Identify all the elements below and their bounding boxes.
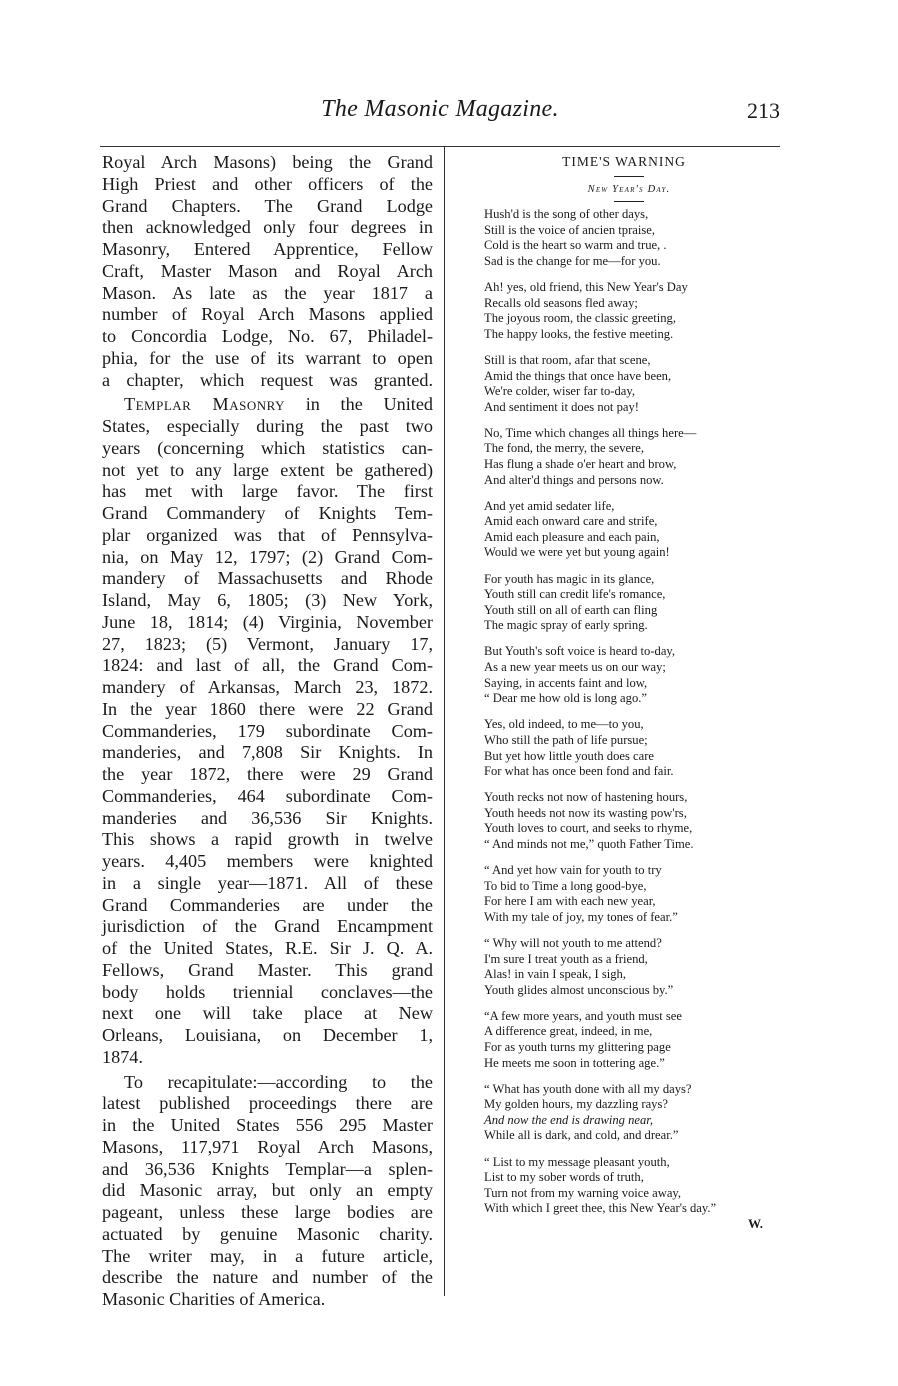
text-line: mandery of Massachusetts and Rhode (102, 568, 433, 590)
text-line: pageant, unless these large bodies are (102, 1202, 433, 1224)
verse-line: Youth still on all of earth can fling (484, 603, 784, 619)
text-line: and 36,536 Knights Templar—a splen- (102, 1159, 433, 1181)
poem-title: TIME'S WARNING (474, 154, 774, 170)
text-line: in the United States 556 295 Master (102, 1115, 433, 1137)
article-paragraph-recapitulation: To recapitulate:—according to the latest… (102, 1072, 433, 1311)
verse-line: As a new year meets us on our way; (484, 660, 784, 676)
text-line: To recapitulate:—according to the (102, 1072, 433, 1094)
text-line: then acknowledged only four degrees in (102, 217, 433, 239)
text-line: latest published proceedings there are (102, 1093, 433, 1115)
verse-line: “ List to my message pleasant youth, (484, 1155, 784, 1171)
verse-line: “ Dear me how old is long ago.” (484, 691, 784, 707)
text-line: has met with large favor. The first (102, 481, 433, 503)
page-number: 213 (747, 98, 780, 124)
stanza: Hush'd is the song of other days, Still … (484, 207, 784, 269)
verse-line: Youth loves to court, and seeks to rhyme… (484, 821, 784, 837)
verse-line: Sad is the change for me—for you. (484, 254, 784, 270)
text-line: Masonry, Entered Apprentice, Fellow (102, 239, 433, 261)
verse-line: Recalls old seasons fled away; (484, 296, 784, 312)
verse-line: My golden hours, my dazzling rays? (484, 1097, 784, 1113)
text-line: jurisdiction of the Grand Encampment (102, 916, 433, 938)
verse-line: While all is dark, and cold, and drear.” (484, 1128, 784, 1144)
stanza: “ What has youth done with all my days? … (484, 1082, 784, 1144)
verse-line: Hush'd is the song of other days, (484, 207, 784, 223)
verse-line-italic: And now the end is drawing near, (484, 1113, 784, 1129)
verse-line: “ Why will not youth to me attend? (484, 936, 784, 952)
text-line: did Masonic array, but only an empty (102, 1180, 433, 1202)
verse-line: And alter'd things and persons now. (484, 473, 784, 489)
text-line: Royal Arch Masons) being the Grand (102, 152, 433, 174)
stanza: Youth recks not now of hastening hours, … (484, 790, 784, 852)
stanza: “ And yet how vain for youth to try To b… (484, 863, 784, 925)
article-paragraph-templar-masonry: Templar Masonry in the United States, es… (102, 394, 433, 1068)
verse-line: Still is that room, afar that scene, (484, 353, 784, 369)
verse-line: Amid each onward care and strife, (484, 514, 784, 530)
verse-line: The joyous room, the classic greeting, (484, 311, 784, 327)
verse-line: I'm sure I treat youth as a friend, (484, 952, 784, 968)
verse-line: Amid the things that once have been, (484, 369, 784, 385)
text-line: In the year 1860 there were 22 Grand (102, 699, 433, 721)
stanza: But Youth's soft voice is heard to-day, … (484, 644, 784, 706)
running-title: The Masonic Magazine. (100, 96, 780, 123)
text-line: States, especially during the past two (102, 416, 433, 438)
stanza: “ List to my message pleasant youth, Lis… (484, 1155, 784, 1217)
text-line: High Priest and other officers of the (102, 174, 433, 196)
text-line: Fellows, Grand Master. This grand (102, 960, 433, 982)
text-line: Masonic Charities of America. (102, 1289, 433, 1311)
verse-line: Turn not from my warning voice away, (484, 1186, 784, 1202)
text-line: Grand Commanderies are under the (102, 895, 433, 917)
magazine-page: The Masonic Magazine. 213 Royal Arch Mas… (0, 0, 898, 1386)
verse-line: The magic spray of early spring. (484, 618, 784, 634)
running-head: The Masonic Magazine. 213 (100, 92, 780, 124)
text-line: years. 4,405 members were knighted (102, 851, 433, 873)
verse-line: With my tale of joy, my tones of fear.” (484, 910, 784, 926)
verse-line: For here I am with each new year, (484, 894, 784, 910)
column-divider (444, 146, 445, 1296)
text-line: plar organized was that of Pennsylva- (102, 525, 433, 547)
subtitle-rule (614, 201, 644, 202)
verse-line: Saying, in accents faint and low, (484, 676, 784, 692)
verse-line: Alas! in vain I speak, I sigh, (484, 967, 784, 983)
verse-line: A difference great, indeed, in me, (484, 1024, 784, 1040)
verse-line: The happy looks, the festive meeting. (484, 327, 784, 343)
text-line: phia, for the use of its warrant to open (102, 348, 433, 370)
text-line: June 18, 1814; (4) Virginia, November (102, 612, 433, 634)
text-line: nia, on May 12, 1797; (2) Grand Com- (102, 547, 433, 569)
text-line: number of Royal Arch Masons applied (102, 304, 433, 326)
header-rule (100, 146, 780, 147)
text-line: 1874. (102, 1047, 433, 1069)
text-line: Craft, Master Mason and Royal Arch (102, 261, 433, 283)
right-column-poem: TIME'S WARNING New Year's Day. Hush'd is… (484, 154, 784, 1232)
verse-line: Youth heeds not now its wasting pow'rs, (484, 806, 784, 822)
text-line: Orleans, Louisiana, on December 1, (102, 1025, 433, 1047)
text-line: years (concerning which statistics can- (102, 438, 433, 460)
text-line: This shows a rapid growth in twelve (102, 829, 433, 851)
verse-line: “ And yet how vain for youth to try (484, 863, 784, 879)
stanza: “A few more years, and youth must see A … (484, 1009, 784, 1071)
text-line: Templar Masonry in the United (102, 394, 433, 416)
poem-stanzas: Hush'd is the song of other days, Still … (484, 207, 784, 1217)
verse-line: Youth recks not now of hastening hours, (484, 790, 784, 806)
small-caps-lead: Templar Masonry (124, 394, 285, 414)
stanza: No, Time which changes all things here— … (484, 426, 784, 488)
text-line: describe the nature and number of the (102, 1267, 433, 1289)
verse-line: Youth glides almost unconscious by.” (484, 983, 784, 999)
verse-line: List to my sober words of truth, (484, 1170, 784, 1186)
text-line: manderies, and 7,808 Sir Knights. In (102, 742, 433, 764)
verse-line: Ah! yes, old friend, this New Year's Day (484, 280, 784, 296)
text-line: Masons, 117,971 Royal Arch Masons, (102, 1137, 433, 1159)
title-rule (614, 176, 644, 177)
text-line: Island, May 6, 1805; (3) New York, (102, 590, 433, 612)
text-line: not yet to any large extent be gathered) (102, 460, 433, 482)
text-line: Grand Chapters. The Grand Lodge (102, 196, 433, 218)
poem-signature: W. (484, 1216, 763, 1232)
verse-line: We're colder, wiser far to-day, (484, 384, 784, 400)
article-paragraph: Royal Arch Masons) being the Grand High … (102, 152, 433, 391)
text-line: next one will take place at New (102, 1003, 433, 1025)
verse-line: To bid to Time a long good-bye, (484, 879, 784, 895)
verse-line: For what has once been fond and fair. (484, 764, 784, 780)
verse-line: Yes, old indeed, to me—to you, (484, 717, 784, 733)
verse-line: Cold is the heart so warm and true, . (484, 238, 784, 254)
verse-line: But yet how little youth does care (484, 749, 784, 765)
text-line: Grand Commandery of Knights Tem- (102, 503, 433, 525)
left-column-article: Royal Arch Masons) being the Grand High … (102, 152, 433, 1311)
text-line: to Concordia Lodge, No. 67, Philadel- (102, 326, 433, 348)
text-line: a chapter, which request was granted. (102, 370, 433, 392)
text-line: of the United States, R.E. Sir J. Q. A. (102, 938, 433, 960)
text-line: mandery of Arkansas, March 23, 1872. (102, 677, 433, 699)
text-line: 27, 1823; (5) Vermont, January 17, (102, 634, 433, 656)
stanza: And yet amid sedater life, Amid each onw… (484, 499, 784, 561)
verse-line: “A few more years, and youth must see (484, 1009, 784, 1025)
text-line: The writer may, in a future article, (102, 1246, 433, 1268)
text-line: in a single year—1871. All of these (102, 873, 433, 895)
stanza: “ Why will not youth to me attend? I'm s… (484, 936, 784, 998)
text-line: Mason. As late as the year 1817 a (102, 283, 433, 305)
text-line: manderies and 36,536 Sir Knights. (102, 808, 433, 830)
verse-line: Would we were yet but young again! (484, 545, 784, 561)
verse-line: For as youth turns my glittering page (484, 1040, 784, 1056)
verse-line: No, Time which changes all things here— (484, 426, 784, 442)
verse-line: But Youth's soft voice is heard to-day, (484, 644, 784, 660)
verse-line: Amid each pleasure and each pain, (484, 530, 784, 546)
verse-line: Has flung a shade o'er heart and brow, (484, 457, 784, 473)
text-line: body holds triennial conclaves—the (102, 982, 433, 1004)
verse-line: Who still the path of life pursue; (484, 733, 784, 749)
verse-line: Youth still can credit life's romance, (484, 587, 784, 603)
stanza: For youth has magic in its glance, Youth… (484, 572, 784, 634)
verse-line: “ What has youth done with all my days? (484, 1082, 784, 1098)
verse-line: And sentiment it does not pay! (484, 400, 784, 416)
text-line: actuated by genuine Masonic charity. (102, 1224, 433, 1246)
verse-line: Still is the voice of ancien tpraise, (484, 223, 784, 239)
verse-line: He meets me soon in tottering age.” (484, 1056, 784, 1072)
text-line: 1824: and last of all, the Grand Com- (102, 655, 433, 677)
poem-subtitle: New Year's Day. (479, 182, 779, 198)
text-fragment: in the United (285, 394, 433, 414)
verse-line: For youth has magic in its glance, (484, 572, 784, 588)
stanza: Yes, old indeed, to me—to you, Who still… (484, 717, 784, 779)
text-line: Commanderies, 179 subordinate Com- (102, 721, 433, 743)
stanza: Still is that room, afar that scene, Ami… (484, 353, 784, 415)
verse-line: The fond, the merry, the severe, (484, 441, 784, 457)
text-line: the year 1872, there were 29 Grand (102, 764, 433, 786)
stanza: Ah! yes, old friend, this New Year's Day… (484, 280, 784, 342)
verse-line: With which I greet thee, this New Year's… (484, 1201, 784, 1217)
verse-line: “ And minds not me,” quoth Father Time. (484, 837, 784, 853)
verse-line: And yet amid sedater life, (484, 499, 784, 515)
text-line: Commanderies, 464 subordinate Com- (102, 786, 433, 808)
